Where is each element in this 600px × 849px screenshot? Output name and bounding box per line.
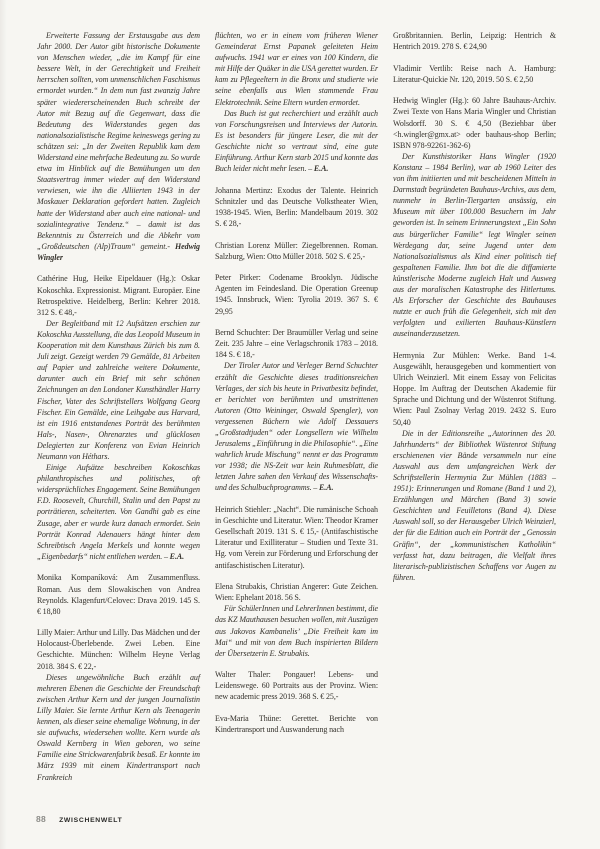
entry-text: Walter Thaler: Pongauer! Lebens- und Lei… bbox=[215, 670, 378, 701]
review-paragraph: flüchten, wo er in einem vom früheren Wi… bbox=[215, 30, 378, 108]
review-text: Der Kunsthistoriker Hans Wingler (1920 K… bbox=[393, 152, 556, 339]
review-text: flüchten, wo er in einem vom früheren Wi… bbox=[215, 31, 378, 107]
book-entry: Peter Pirker: Codename Brooklyn. Jüdisch… bbox=[215, 272, 378, 316]
review-text: Einige Aufsätze beschreiben Kokoschkas p… bbox=[37, 463, 200, 561]
text-columns: Erweiterte Fassung der Erstausgabe aus d… bbox=[37, 30, 556, 783]
review-text: Dieses ungewöhnliche Buch erzählt auf me… bbox=[37, 673, 200, 782]
review-paragraph: Die in der Editionsreihe „Autorinnen des… bbox=[393, 428, 556, 583]
book-entry: Vladimir Vertlib: Reise nach A. Hamburg:… bbox=[393, 63, 556, 85]
entry-text: Cathérine Hug, Heike Eipeldauer (Hg.): O… bbox=[37, 274, 200, 316]
book-entry: Monika Kompaníková: Am Zusammenfluss. Ro… bbox=[37, 572, 200, 616]
book-entry: Heinrich Stiehler: „Nacht“. Die rumänisc… bbox=[215, 504, 378, 571]
book-entry: Elena Strubakis, Christian Angerer: Gute… bbox=[215, 581, 378, 603]
review-text: Die in der Editionsreihe „Autorinnen des… bbox=[393, 429, 556, 582]
review-text: Für SchülerInnen und LehrerInnen bestimm… bbox=[215, 604, 378, 657]
page-number: 88 bbox=[36, 814, 46, 824]
book-entry: Cathérine Hug, Heike Eipeldauer (Hg.): O… bbox=[37, 273, 200, 317]
review-text: Der Tiroler Autor und Verleger Bernd Sch… bbox=[215, 361, 378, 492]
book-entry: Hedwig Wingler (Hg.): 60 Jahre Bauhaus-A… bbox=[393, 95, 556, 150]
review-text: Erweiterte Fassung der Erstausgabe aus d… bbox=[37, 31, 200, 251]
book-entry: Christian Lorenz Müller: Ziegelbrennen. … bbox=[215, 240, 378, 262]
book-entry: Eva-Maria Thüne: Gerettet. Berichte von … bbox=[215, 713, 378, 735]
book-entry: Hermynia Zur Mühlen: Werke. Band 1-4. Au… bbox=[393, 350, 556, 428]
book-entry: Großbritannien. Berlin, Leipzig: Hentric… bbox=[393, 30, 556, 52]
book-entry: Lilly Maier: Arthur und Lilly. Das Mädch… bbox=[37, 627, 200, 671]
page-footer: 88 ZWISCHENWELT bbox=[36, 814, 122, 824]
column-3: Großbritannien. Berlin, Leipzig: Hentric… bbox=[393, 30, 556, 783]
review-paragraph: Einige Aufsätze beschreiben Kokoschkas p… bbox=[37, 462, 200, 562]
journal-page: Erweiterte Fassung der Erstausgabe aus d… bbox=[0, 0, 600, 849]
review-text: Der Begleitband mit 12 Aufsätzen erschie… bbox=[37, 319, 200, 461]
review-paragraph: Erweiterte Fassung der Erstausgabe aus d… bbox=[37, 30, 200, 263]
entry-text: Monika Kompaníková: Am Zusammenfluss. Ro… bbox=[37, 573, 200, 615]
entry-text: Großbritannien. Berlin, Leipzig: Hentric… bbox=[393, 31, 556, 51]
reviewer-signature: E.A. bbox=[314, 164, 328, 173]
entry-text: Lilly Maier: Arthur und Lilly. Das Mädch… bbox=[37, 628, 200, 670]
review-paragraph: Das Buch ist gut recherchiert und erzähl… bbox=[215, 108, 378, 175]
journal-name: ZWISCHENWELT bbox=[59, 817, 122, 824]
book-entry: Johanna Mertinz: Exodus der Talente. Hei… bbox=[215, 185, 378, 229]
review-paragraph: Der Kunsthistoriker Hans Wingler (1920 K… bbox=[393, 151, 556, 340]
book-entry: Bernd Schuchter: Der Braumüller Verlag u… bbox=[215, 327, 378, 360]
entry-text: Bernd Schuchter: Der Braumüller Verlag u… bbox=[215, 328, 378, 359]
review-text: Das Buch ist gut recherchiert und erzähl… bbox=[215, 109, 378, 173]
entry-text: Elena Strubakis, Christian Angerer: Gute… bbox=[215, 582, 378, 602]
review-paragraph: Für SchülerInnen und LehrerInnen bestimm… bbox=[215, 603, 378, 658]
entry-text: Vladimir Vertlib: Reise nach A. Hamburg:… bbox=[393, 64, 556, 84]
review-paragraph: Der Begleitband mit 12 Aufsätzen erschie… bbox=[37, 318, 200, 462]
reviewer-signature: E.A. bbox=[170, 552, 184, 561]
review-paragraph: Dieses ungewöhnliche Buch erzählt auf me… bbox=[37, 672, 200, 783]
entry-text: Heinrich Stiehler: „Nacht“. Die rumänisc… bbox=[215, 505, 378, 569]
reviewer-signature: E.A. bbox=[319, 483, 333, 492]
column-2: flüchten, wo er in einem vom früheren Wi… bbox=[215, 30, 378, 783]
book-entry: Walter Thaler: Pongauer! Lebens- und Lei… bbox=[215, 669, 378, 702]
entry-text: Johanna Mertinz: Exodus der Talente. Hei… bbox=[215, 186, 378, 228]
entry-text: Christian Lorenz Müller: Ziegelbrennen. … bbox=[215, 241, 378, 261]
review-paragraph: Der Tiroler Autor und Verleger Bernd Sch… bbox=[215, 360, 378, 493]
entry-text: Eva-Maria Thüne: Gerettet. Berichte von … bbox=[215, 714, 378, 734]
entry-text: Hermynia Zur Mühlen: Werke. Band 1-4. Au… bbox=[393, 351, 556, 427]
entry-text: Peter Pirker: Codename Brooklyn. Jüdisch… bbox=[215, 273, 378, 315]
column-1: Erweiterte Fassung der Erstausgabe aus d… bbox=[37, 30, 200, 783]
entry-text: Hedwig Wingler (Hg.): 60 Jahre Bauhaus-A… bbox=[393, 96, 556, 149]
